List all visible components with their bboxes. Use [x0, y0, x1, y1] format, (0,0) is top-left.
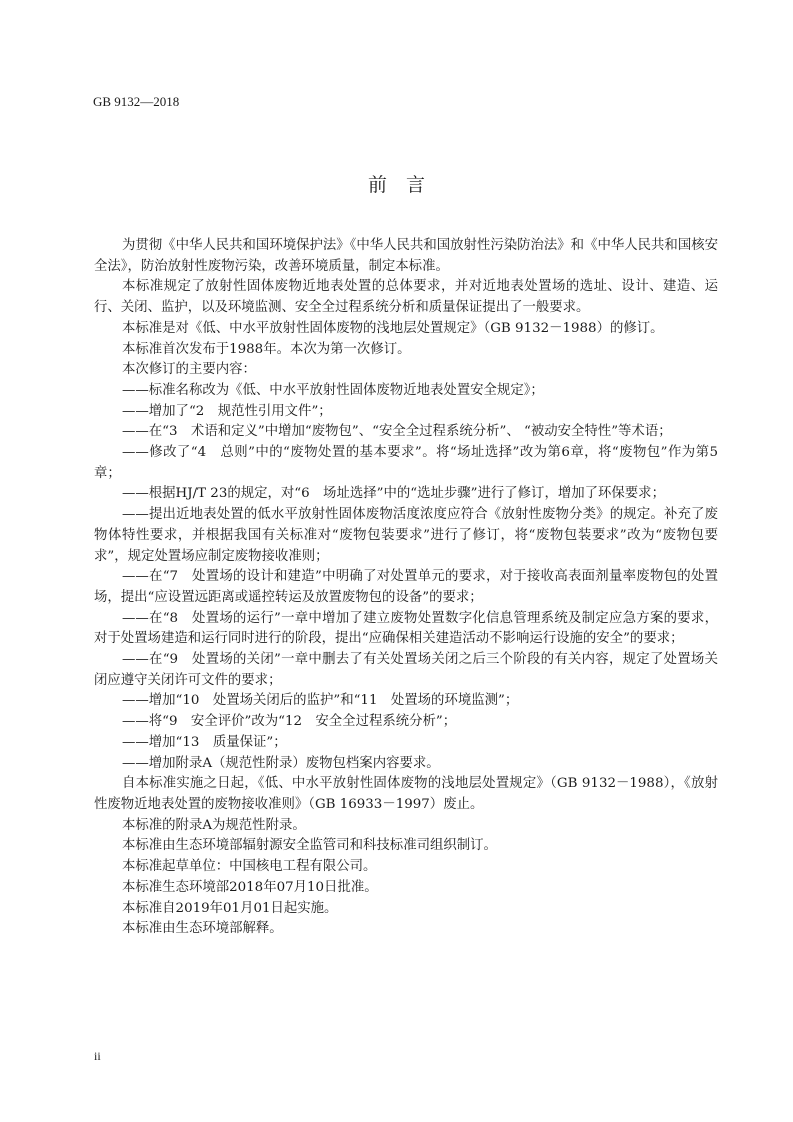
paragraph: 本标准起草单位：中国核电工程有限公司。	[94, 857, 718, 878]
title-char-2: 言	[406, 174, 425, 196]
paragraph: 本次修订的主要内容：	[94, 360, 718, 381]
revision-item: ——在“3 术语和定义”中增加“废物包”、“安全全过程系统分析”、 “被动安全特…	[94, 422, 718, 443]
paragraph: 本标准首次发布于1988年。本次为第一次修订。	[94, 340, 718, 361]
revision-item: ——将“9 安全评价”改为“12 安全全过程系统分析”；	[94, 712, 718, 733]
revision-item: ——在“8 处置场的运行”一章中增加了建立废物处置数字化信息管理系统及制定应急方…	[94, 609, 718, 650]
title-char-1: 前	[368, 174, 387, 196]
paragraph: 自本标准实施之日起，《低、中水平放射性固体废物的浅地层处置规定》（GB 9132…	[94, 774, 718, 815]
revision-item: ——在“7 处置场的设计和建造”中明确了对处置单元的要求，对于接收高表面剂量率废…	[94, 567, 718, 608]
revision-item: ——标准名称改为《低、中水平放射性固体废物近地表处置安全规定》；	[94, 381, 718, 402]
standard-code-header: GB 9132—2018	[93, 94, 179, 110]
revision-item: ——增加“10 处置场关闭后的监护”和“11 处置场的环境监测”；	[94, 691, 718, 712]
revision-item: ——增加“13 质量保证”；	[94, 733, 718, 754]
foreword-body: 为贯彻《中华人民共和国环境保护法》《中华人民共和国放射性污染防治法》和《中华人民…	[94, 236, 718, 940]
paragraph: 本标准由生态环境部辐射源安全监管司和科技标准司组织制订。	[94, 836, 718, 857]
revision-item: ——增加了“2 规范性引用文件”；	[94, 402, 718, 423]
paragraph: 本标准生态环境部2018年07月10日批准。	[94, 878, 718, 899]
paragraph: 本标准规定了放射性固体废物近地表处置的总体要求，并对近地表处置场的选址、设计、建…	[94, 277, 718, 318]
revision-item: ——增加附录A（规范性附录）废物包档案内容要求。	[94, 754, 718, 775]
revision-item: ——修改了“4 总则”中的“废物处置的基本要求”。将“场址选择”改为第6章，将“…	[94, 443, 718, 484]
revision-item: ——根据HJ/T 23的规定，对“6 场址选择”中的“选址步骤”进行了修订，增加…	[94, 484, 718, 505]
paragraph: 本标准的附录A为规范性附录。	[94, 816, 718, 837]
paragraph: 本标准是对《低、中水平放射性固体废物的浅地层处置规定》（GB 9132－1988…	[94, 319, 718, 340]
paragraph: 本标准由生态环境部解释。	[94, 919, 718, 940]
revision-item: ——在“9 处置场的关闭”一章中删去了有关处置场关闭之后三个阶段的有关内容，规定…	[94, 650, 718, 691]
page-number: ii	[94, 1049, 101, 1064]
revision-item: ——提出近地表处置的低水平放射性固体废物活度浓度应符合《放射性废物分类》的规定。…	[94, 505, 718, 567]
page-title: 前言	[0, 170, 793, 197]
paragraph: 本标准自2019年01月01日起实施。	[94, 899, 718, 920]
paragraph: 为贯彻《中华人民共和国环境保护法》《中华人民共和国放射性污染防治法》和《中华人民…	[94, 236, 718, 277]
